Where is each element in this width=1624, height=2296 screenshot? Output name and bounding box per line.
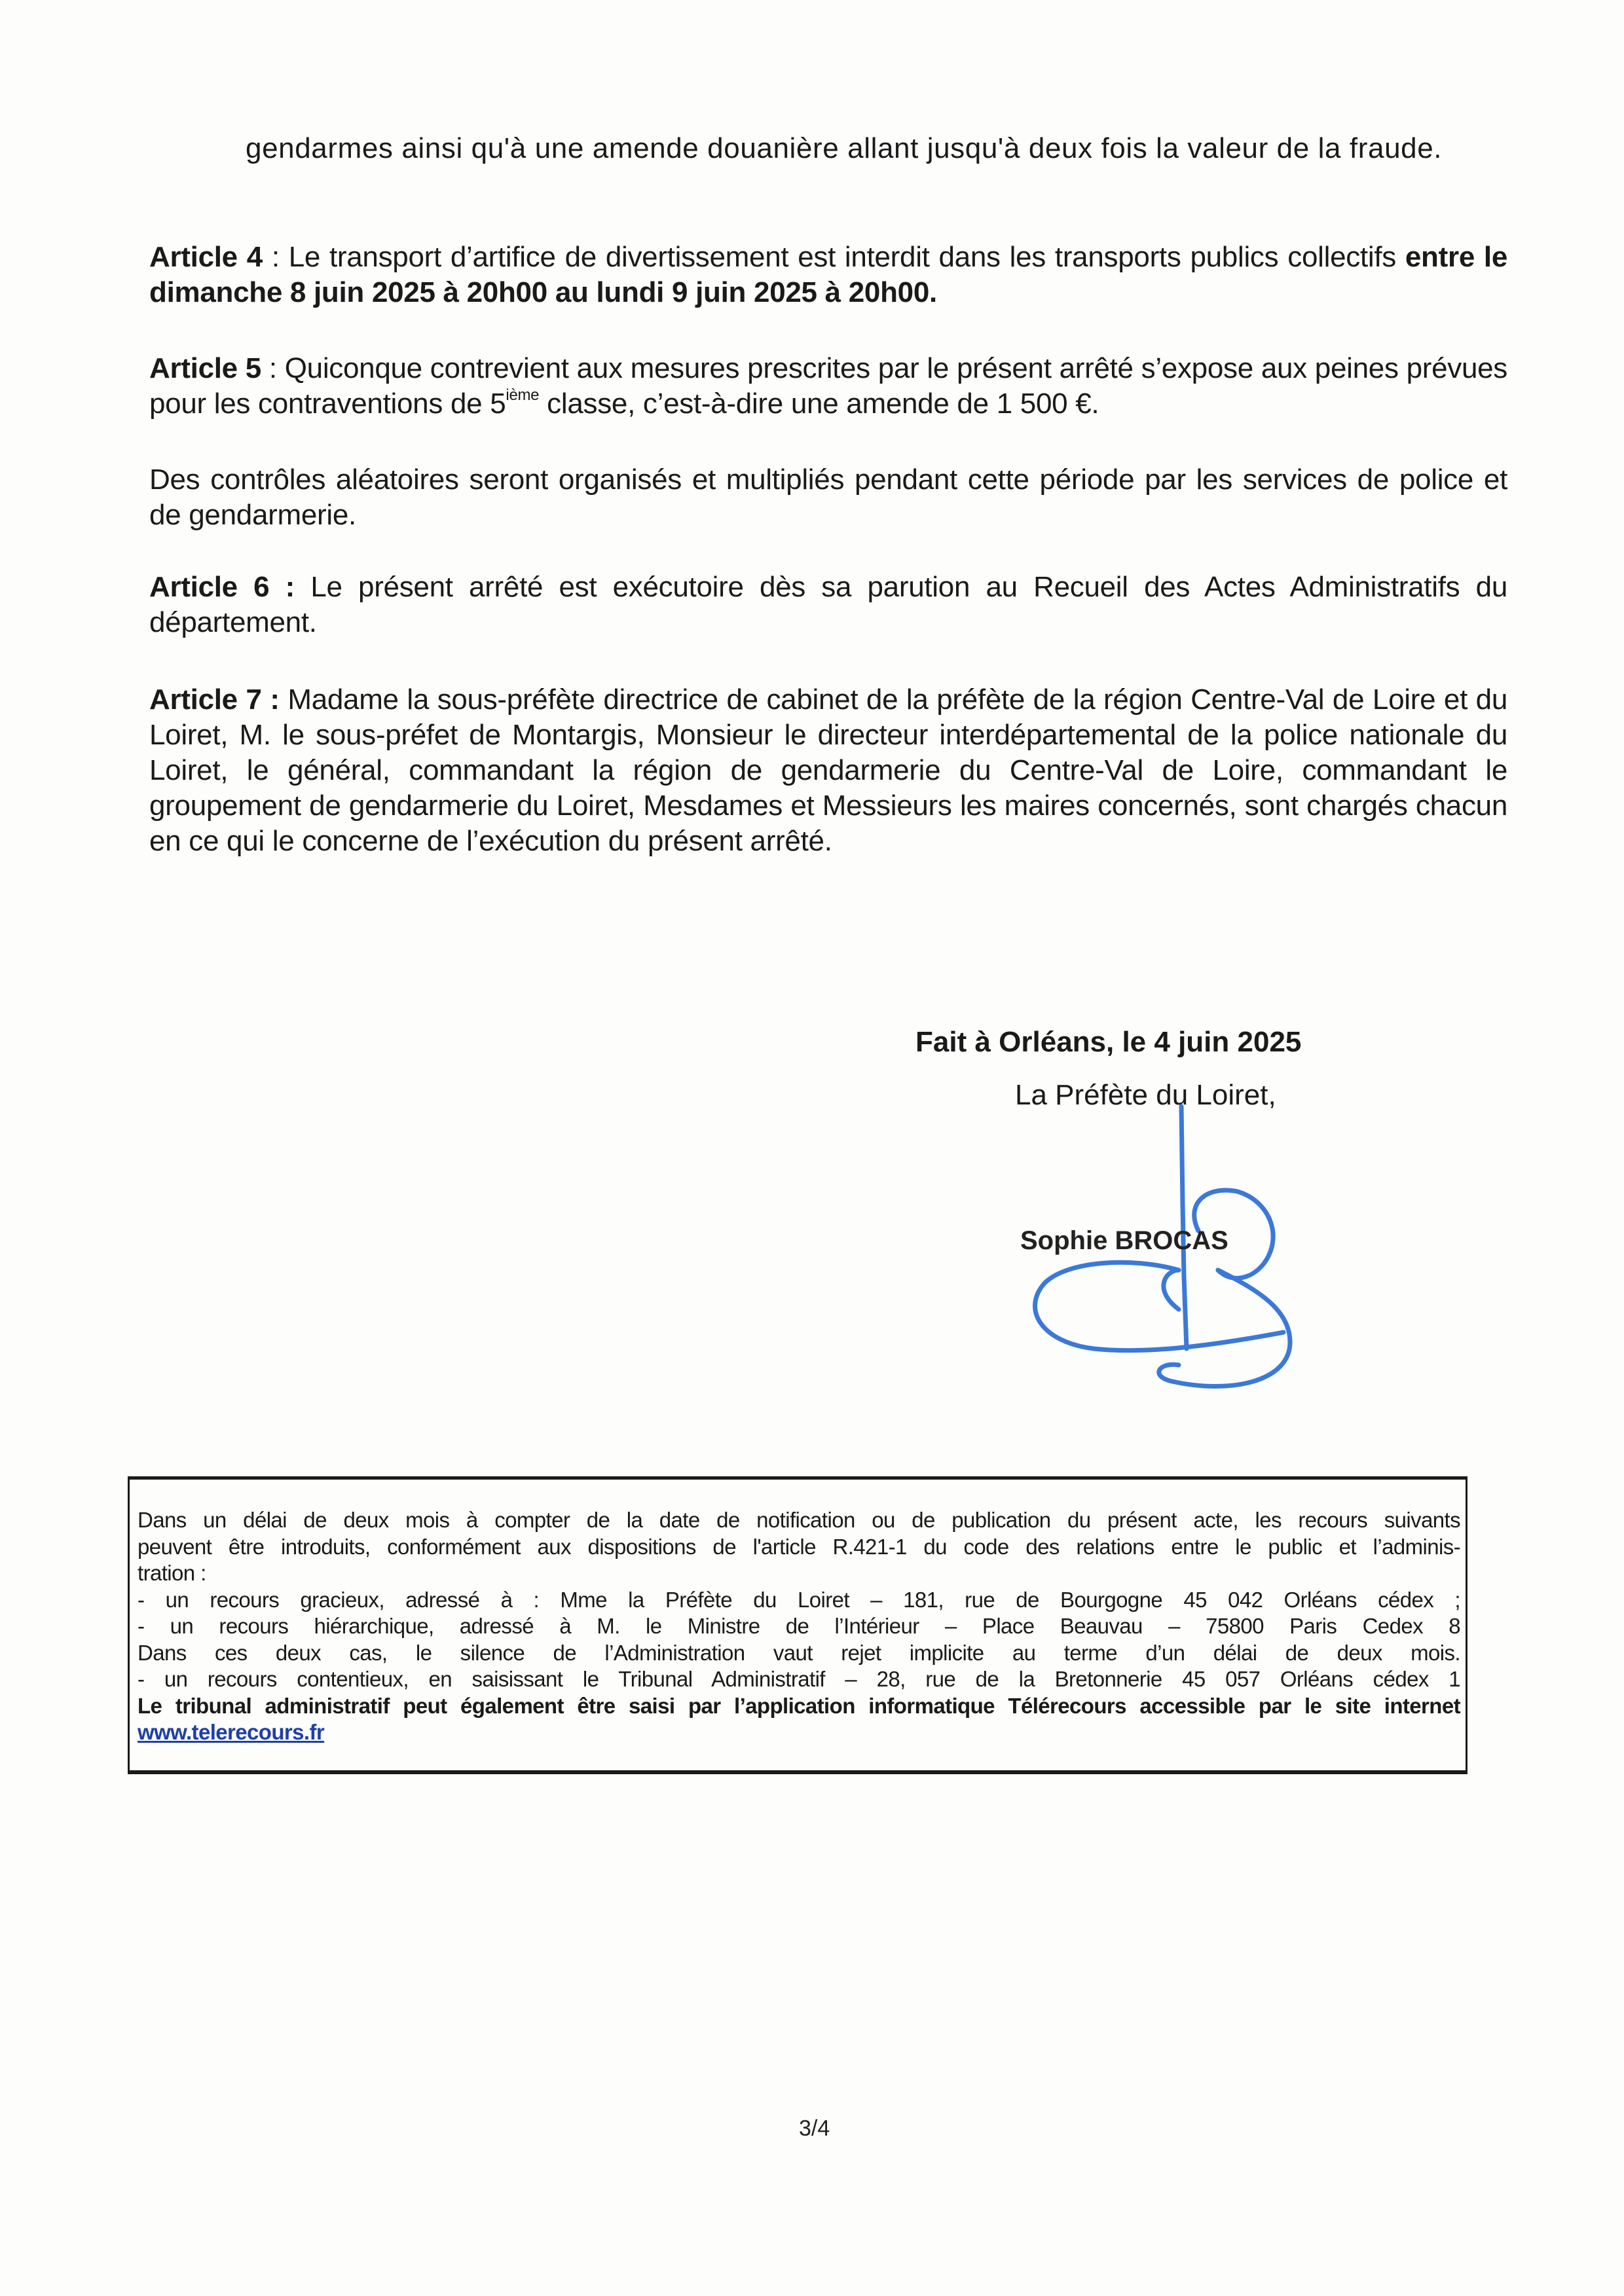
article-4-text: : Le transport d’artifice de divertissem…	[263, 241, 1405, 273]
signatory-name: Sophie BROCAS	[1020, 1226, 1228, 1256]
notice-line: peuvent être introduits, conformément au…	[138, 1534, 1460, 1561]
notice-line: Dans un délai de deux mois à compter de …	[138, 1507, 1460, 1534]
document-page: gendarmes ainsi qu'à une amende douanièr…	[0, 0, 1624, 2296]
handwritten-signature-icon	[982, 1074, 1401, 1440]
article-6-label: Article 6 :	[149, 571, 295, 603]
article-4: Article 4 : Le transport d’artifice de d…	[149, 240, 1507, 310]
notice-line: tration :	[138, 1560, 1460, 1587]
article-5-superscript: ième	[506, 386, 539, 404]
notice-telerecours-line: Le tribunal administratif peut également…	[138, 1693, 1460, 1720]
article-7-text: Madame la sous-préfète directrice de cab…	[149, 683, 1507, 857]
article-5-text-end: classe, c’est-à-dire une amende de 1 500…	[539, 388, 1099, 420]
article-6-text: Le présent arrêté est exécutoire dès sa …	[149, 571, 1507, 638]
notice-line-recours-contentieux: - un recours contentieux, en saisissant …	[138, 1666, 1460, 1693]
signatory-title: La Préfète du Loiret,	[1015, 1079, 1276, 1112]
article-5-label: Article 5	[149, 352, 261, 384]
article-6: Article 6 : Le présent arrêté est exécut…	[149, 570, 1507, 640]
notice-line: Dans ces deux cas, le silence de l’Admin…	[138, 1640, 1460, 1667]
continuation-text: gendarmes ainsi qu'à une amende douanièr…	[246, 132, 1442, 164]
appeal-notice-box: Dans un délai de deux mois à compter de …	[128, 1476, 1467, 1774]
telerecours-link[interactable]: www.telerecours.fr	[138, 1719, 1460, 1746]
page-number: 3/4	[799, 2116, 830, 2141]
notice-line-recours-gracieux: - un recours gracieux, adressé à : Mme l…	[138, 1587, 1460, 1614]
controls-text: Des contrôles aléatoires seront organisé…	[149, 464, 1507, 531]
article-4-label: Article 4	[149, 241, 263, 273]
article-3-continuation: gendarmes ainsi qu'à une amende douanièr…	[246, 131, 1508, 166]
appeal-notice-text: Dans un délai de deux mois à compter de …	[138, 1507, 1460, 1746]
controls-paragraph: Des contrôles aléatoires seront organisé…	[149, 462, 1507, 533]
article-5: Article 5 : Quiconque contrevient aux me…	[149, 351, 1507, 422]
notice-line-recours-hierarchique: - un recours hiérarchique, adressé à M. …	[138, 1613, 1460, 1640]
article-7-label: Article 7 :	[149, 683, 280, 716]
place-and-date: Fait à Orléans, le 4 juin 2025	[915, 1026, 1301, 1059]
article-7: Article 7 : Madame la sous-préfète direc…	[149, 682, 1507, 859]
